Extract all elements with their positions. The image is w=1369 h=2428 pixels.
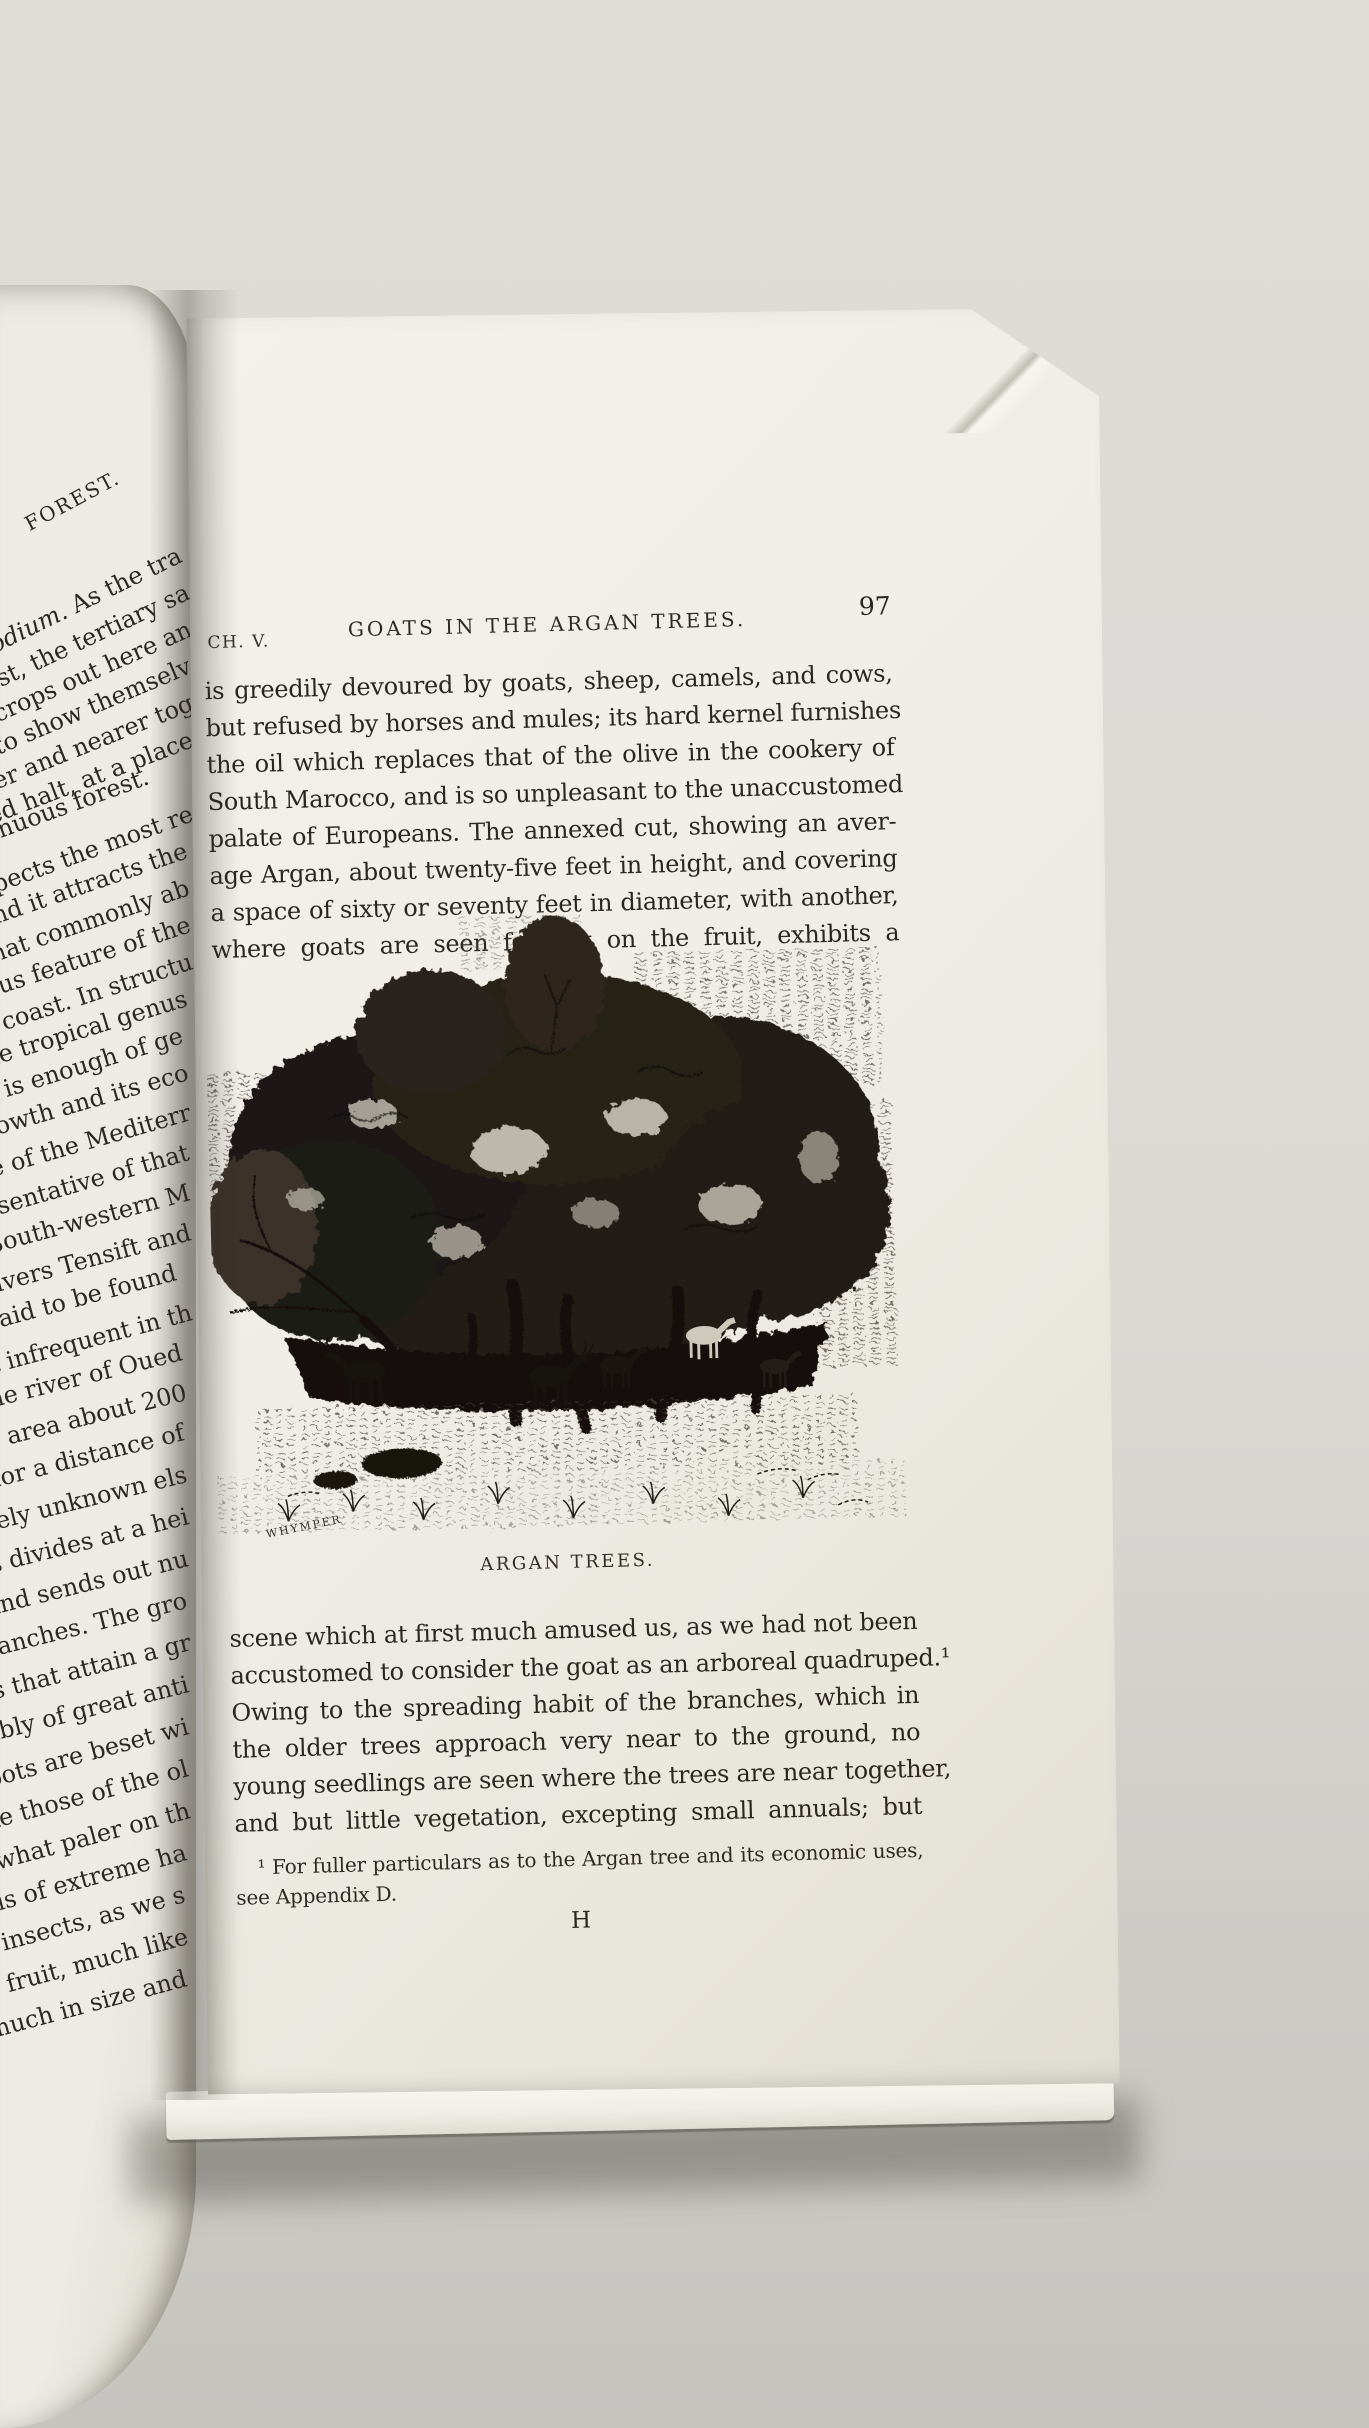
paragraph-bottom: scene which at first much amused us, as … <box>229 1603 923 1843</box>
left-running-title: FOREST. <box>19 463 125 538</box>
ground <box>216 1390 907 1533</box>
argan-trees-illustration: WHYMPER <box>203 905 907 1553</box>
book-photograph: FOREST. rodium. As the tra oast, the ter… <box>0 0 1369 2428</box>
right-page-content: CH. V. GOATS IN THE ARGAN TREES. 97 is g… <box>175 302 1133 2101</box>
page-number: 97 <box>859 591 892 621</box>
page-header: CH. V. GOATS IN THE ARGAN TREES. 97 <box>203 599 892 661</box>
running-title: GOATS IN THE ARGAN TREES. <box>203 603 891 645</box>
right-page: CH. V. GOATS IN THE ARGAN TREES. 97 is g… <box>186 307 1120 2094</box>
